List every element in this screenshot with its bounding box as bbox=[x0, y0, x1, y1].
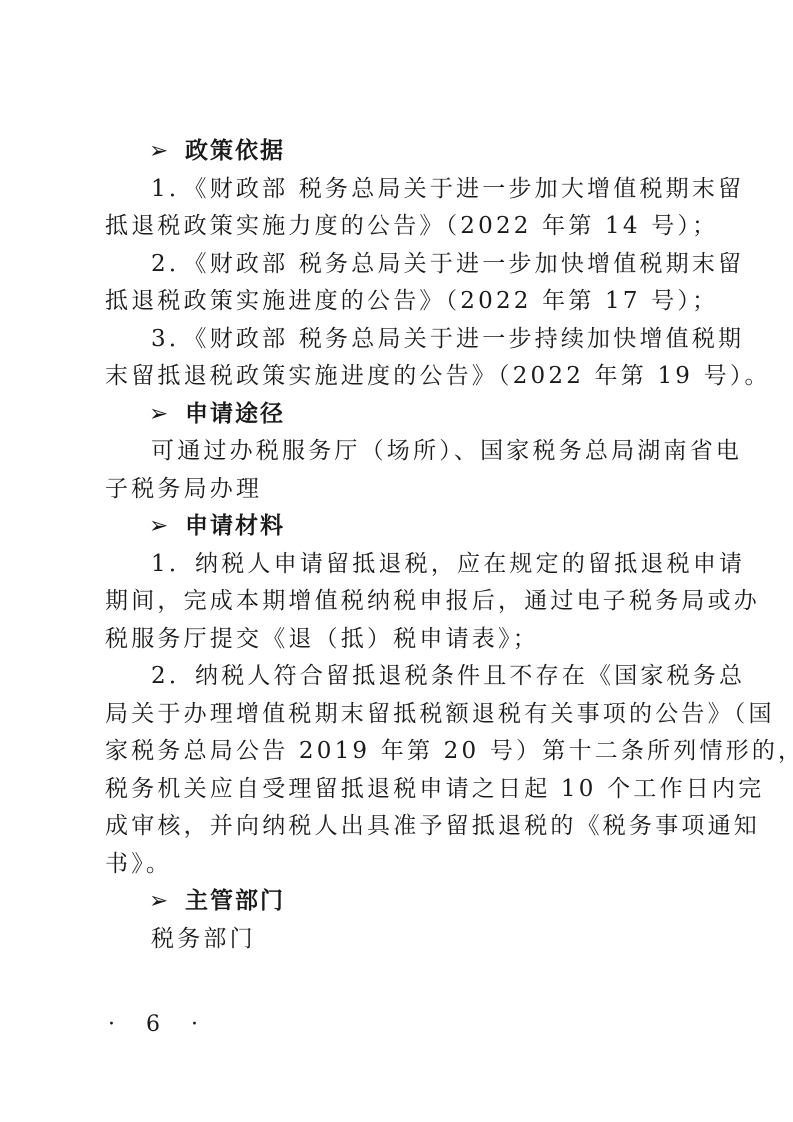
paragraph-line: 税务部门 bbox=[105, 921, 690, 959]
arrow-bullet-icon: ➢ bbox=[149, 133, 185, 171]
section-heading-policy-basis: ➢政策依据 bbox=[105, 133, 690, 171]
arrow-bullet-icon: ➢ bbox=[149, 396, 185, 434]
paragraph-line: 局关于办理增值税期末留抵税额退税有关事项的公告》（国 bbox=[105, 696, 690, 734]
paragraph-line: 成审核，并向纳税人出具准予留抵退税的《税务事项通知 bbox=[105, 808, 690, 846]
paragraph-line: 家税务总局公告 2019 年第 20 号）第十二条所列情形的， bbox=[105, 733, 690, 771]
page-number: · 6 · bbox=[108, 1012, 210, 1037]
paragraph-line: 末留抵退税政策实施进度的公告》（2022 年第 19 号）。 bbox=[105, 358, 690, 396]
paragraph-line: 1．《财政部 税务总局关于进一步加大增值税期末留 bbox=[105, 171, 690, 209]
paragraph-line: 子税务局办理 bbox=[105, 471, 690, 509]
arrow-bullet-icon: ➢ bbox=[149, 883, 185, 921]
paragraph-line: 抵退税政策实施力度的公告》（2022 年第 14 号）； bbox=[105, 208, 690, 246]
section-heading-application-materials: ➢申请材料 bbox=[105, 508, 690, 546]
section-heading-competent-department: ➢主管部门 bbox=[105, 883, 690, 921]
arrow-bullet-icon: ➢ bbox=[149, 508, 185, 546]
document-body: ➢政策依据 1．《财政部 税务总局关于进一步加大增值税期末留 抵退税政策实施力度… bbox=[105, 133, 690, 958]
paragraph-line: 抵退税政策实施进度的公告》（2022 年第 17 号）； bbox=[105, 283, 690, 321]
paragraph-line: 税服务厅提交《退（抵）税申请表》； bbox=[105, 621, 690, 659]
paragraph-line: 期间，完成本期增值税纳税申报后，通过电子税务局或办 bbox=[105, 583, 690, 621]
paragraph-line: 书》。 bbox=[105, 846, 690, 884]
paragraph-line: 3．《财政部 税务总局关于进一步持续加快增值税期 bbox=[105, 321, 690, 359]
paragraph-line: 1．纳税人申请留抵退税，应在规定的留抵退税申请 bbox=[105, 546, 690, 584]
paragraph-line: 税务机关应自受理留抵退税申请之日起 10 个工作日内完 bbox=[105, 771, 690, 809]
paragraph-line: 可通过办税服务厅（场所）、国家税务总局湖南省电 bbox=[105, 433, 690, 471]
paragraph-line: 2．《财政部 税务总局关于进一步加快增值税期末留 bbox=[105, 246, 690, 284]
paragraph-line: 2．纳税人符合留抵退税条件且不存在《国家税务总 bbox=[105, 658, 690, 696]
section-heading-application-channel: ➢申请途径 bbox=[105, 396, 690, 434]
